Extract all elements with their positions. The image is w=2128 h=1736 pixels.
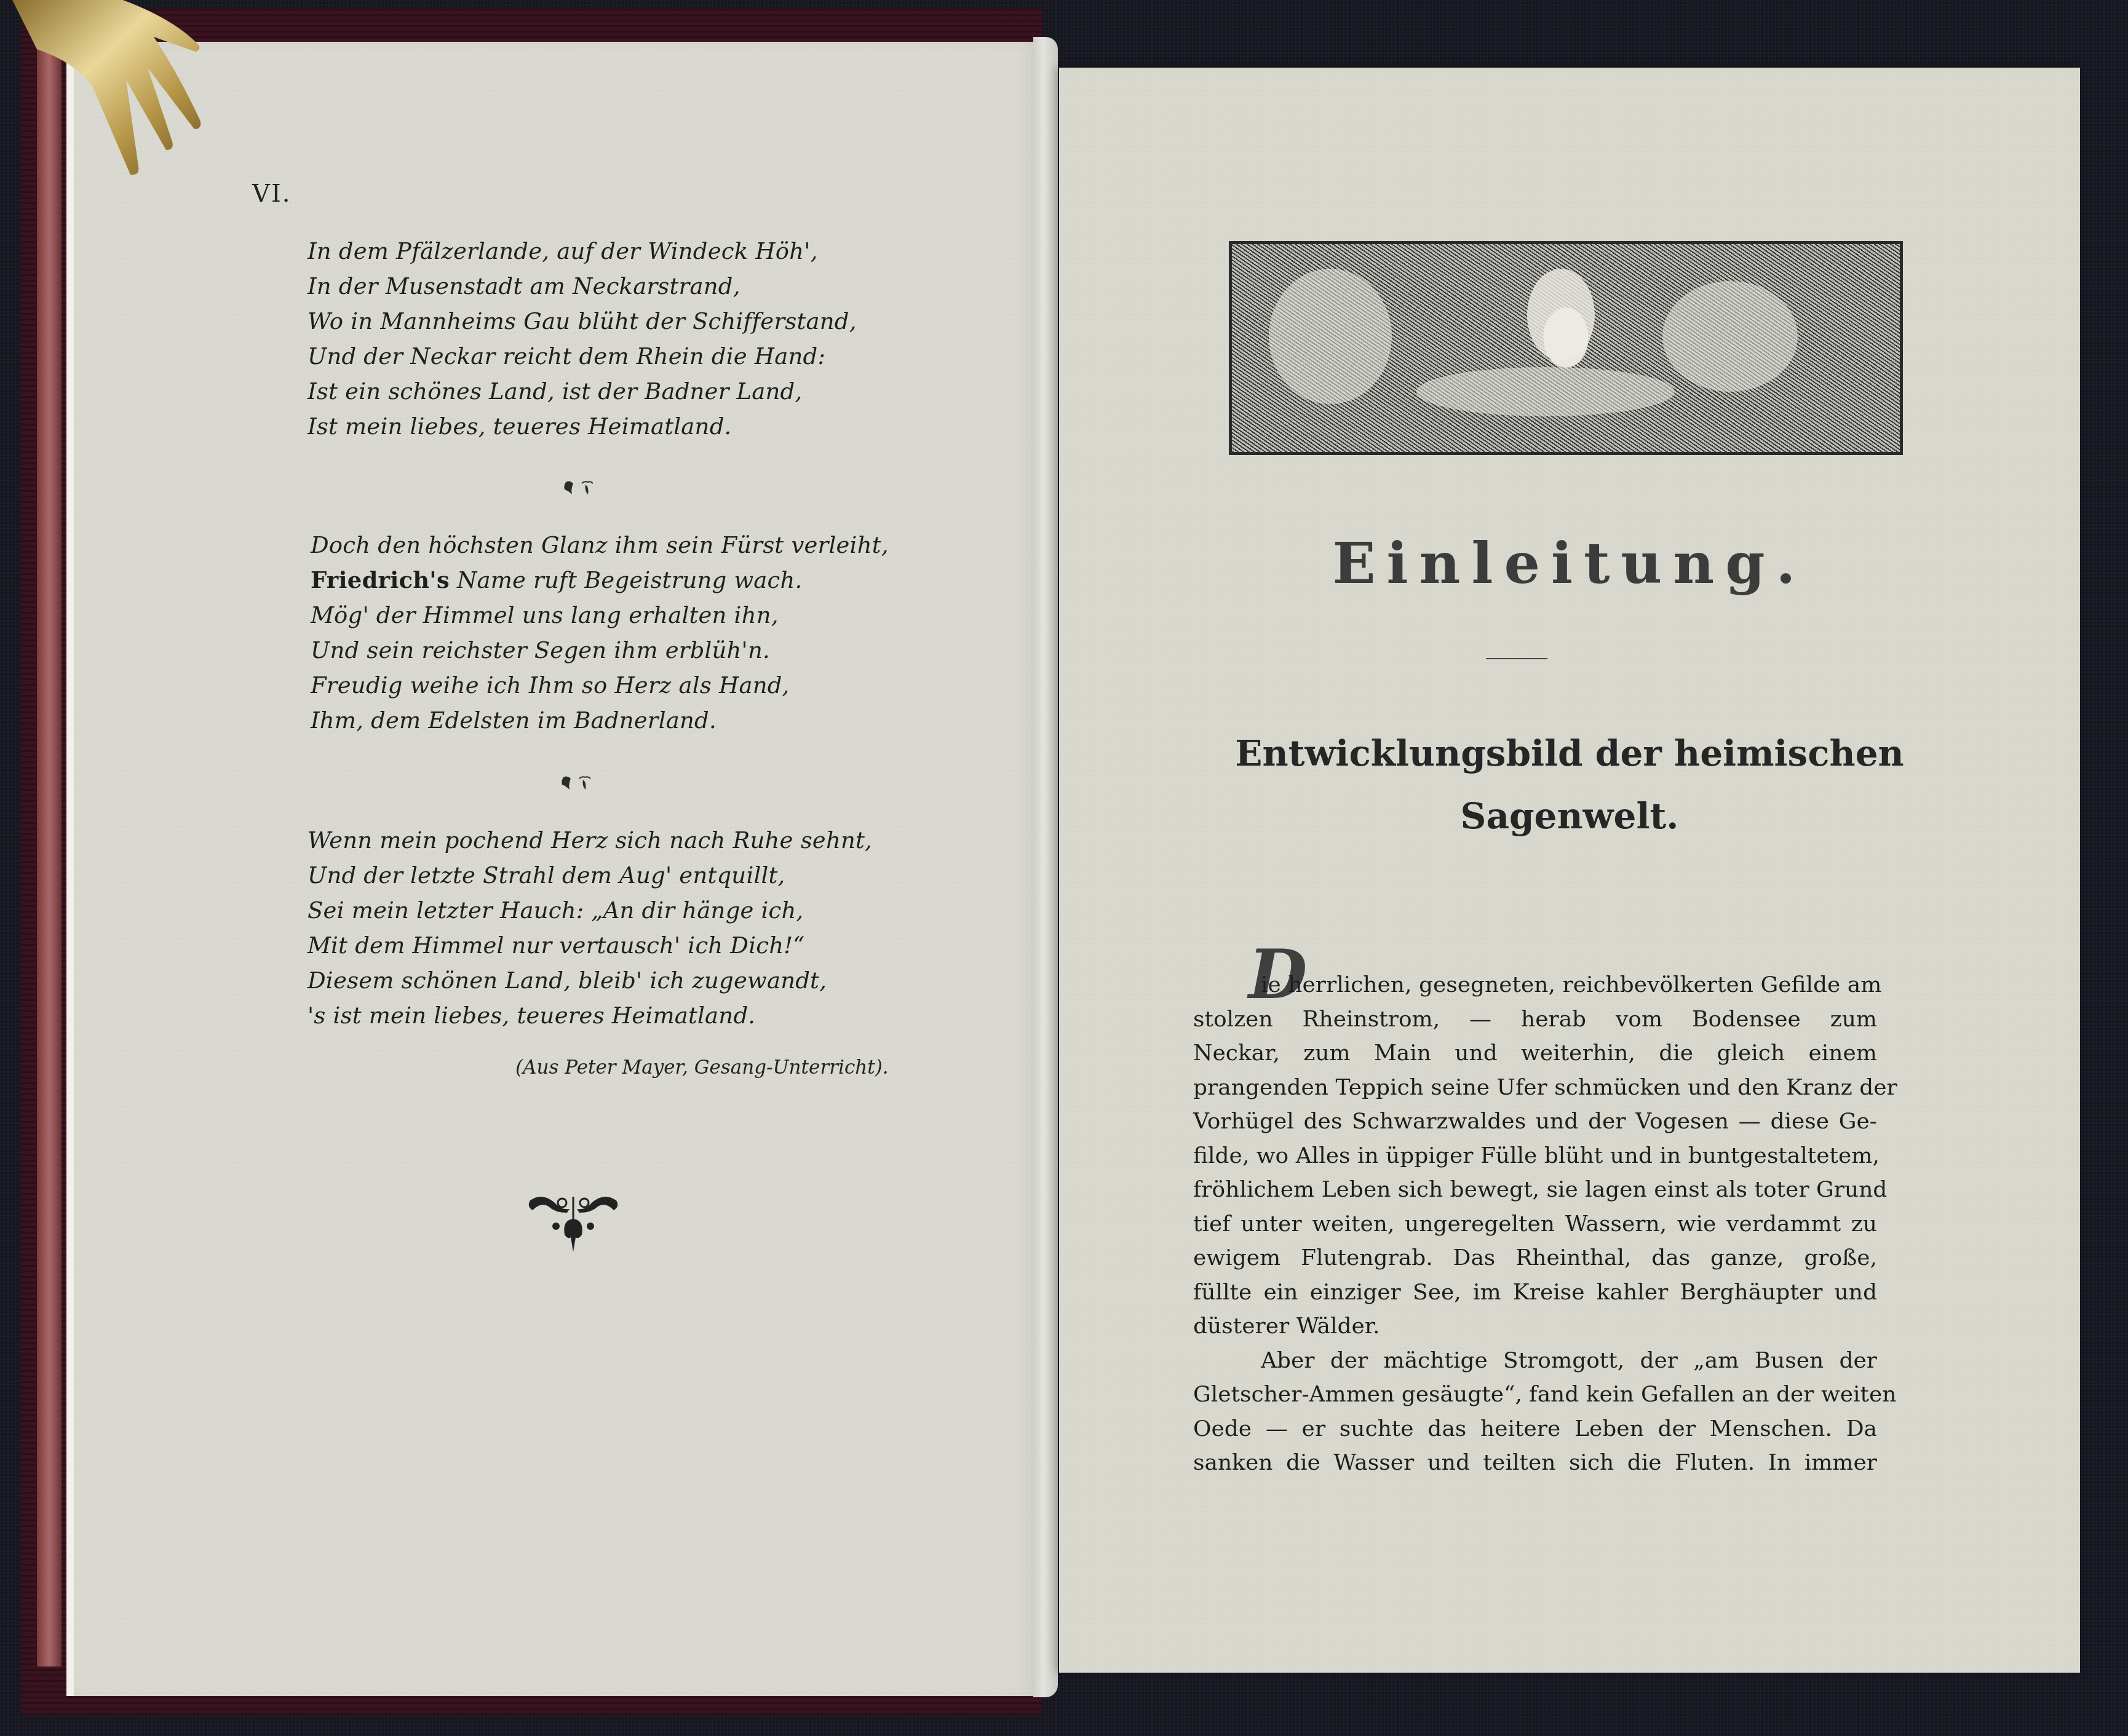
text-line: filde, wo Alles in üppiger Fülle blüht u… — [1193, 1139, 1877, 1173]
poem-line: Und der Neckar reicht dem Rhein die Hand… — [308, 339, 857, 374]
large-fleuron-icon — [524, 1188, 622, 1256]
poem-stanza-1: In dem Pfälzerlande, auf der Windeck Höh… — [308, 234, 857, 444]
poem-stanza-3: Wenn mein pochend Herz sich nach Ruhe se… — [308, 823, 872, 1033]
text-line: füllte ein einziger See, im Kreise kahle… — [1193, 1275, 1877, 1310]
chapter-subtitle-line-1: Entwicklungsbild der heimischen — [1059, 726, 2080, 781]
poem-line: Friedrich's Name ruft Begeistrung wach. — [311, 563, 889, 598]
page-number: VI. — [252, 180, 291, 208]
poem-line: In dem Pfälzerlande, auf der Windeck Höh… — [308, 234, 857, 269]
text-line: tief unter weiten, ungeregelten Wassern,… — [1193, 1207, 1877, 1242]
text-line: ewigem Flutengrab. Das Rheinthal, das ga… — [1193, 1241, 1877, 1275]
friedrich-bold: Friedrich's — [311, 566, 450, 593]
small-fleuron-icon — [561, 478, 598, 497]
poem-line: In der Musenstadt am Neckarstrand, — [308, 269, 857, 304]
marbled-endpaper — [37, 37, 62, 1667]
small-fleuron-icon — [558, 774, 595, 792]
poem-line: Mög' der Himmel uns lang erhalten ihn, — [311, 598, 889, 633]
text-line: Aber der mächtige Stromgott, der „am Bus… — [1193, 1344, 1877, 1378]
text-line: ie herrlichen, gesegneten, reichbevölker… — [1193, 968, 1877, 1002]
poem-line: Diesem schönen Land, bleib' ich zugewand… — [308, 963, 872, 998]
body-text: ie herrlichen, gesegneten, reichbevölker… — [1193, 968, 1877, 1480]
poem-line: Wenn mein pochend Herz sich nach Ruhe se… — [308, 823, 872, 858]
text-line: prangenden Teppich seine Ufer schmücken … — [1193, 1071, 1877, 1105]
poem-line: Doch den höchsten Glanz ihm sein Fürst v… — [311, 528, 889, 563]
chapter-title: Einleitung. — [1059, 530, 2080, 597]
text-line: stolzen Rheinstrom, — herab vom Bodensee… — [1193, 1002, 1877, 1037]
poem-line: Ist mein liebes, teueres Heimatland. — [308, 409, 857, 444]
poem-line: Mit dem Himmel nur vertausch' ich Dich!“ — [308, 928, 872, 963]
poem-stanza-2: Doch den höchsten Glanz ihm sein Fürst v… — [311, 528, 889, 738]
poem-line: Ihm, dem Edelsten im Badnerland. — [311, 703, 889, 738]
title-rule — [1486, 658, 1547, 659]
poem-line: Und der letzte Strahl dem Aug' entquillt… — [308, 858, 872, 893]
poem-line: 's ist mein liebes, teueres Heimatland. — [308, 998, 872, 1033]
text-line: Oede — er suchte das heitere Leben der M… — [1193, 1412, 1877, 1446]
text-line: fröhlichem Leben sich bewegt, sie lagen … — [1193, 1173, 1877, 1207]
poem-line: Sei mein letzter Hauch: „An dir hänge ic… — [308, 893, 872, 928]
poem-line: Freudig weihe ich Ihm so Herz als Hand, — [311, 668, 889, 703]
chapter-subtitle-line-2: Sagenwelt. — [1059, 788, 2080, 844]
poem-line: Ist ein schönes Land, ist der Badner Lan… — [308, 374, 857, 409]
text-line: sanken die Wasser und teilten sich die F… — [1193, 1446, 1877, 1480]
text-line: Neckar, zum Main und weiterhin, die glei… — [1193, 1036, 1877, 1071]
poem-line: Und sein reichster Segen ihm erblüh'n. — [311, 633, 889, 668]
book-gutter — [1033, 37, 1058, 1697]
engraved-frieze-illustration — [1229, 241, 1903, 455]
text-line: Vorhügel des Schwarzwaldes und der Voges… — [1193, 1104, 1877, 1139]
poem-line: Wo in Mannheims Gau blüht der Schifferst… — [308, 304, 857, 339]
poem-attribution: (Aus Peter Mayer, Gesang-Unterricht). — [515, 1056, 889, 1079]
text-line: Gletscher-Ammen gesäugte“, fand kein Gef… — [1193, 1377, 1877, 1412]
text-line: düsterer Wälder. — [1193, 1309, 1877, 1344]
brass-hand-page-holder — [0, 0, 209, 184]
